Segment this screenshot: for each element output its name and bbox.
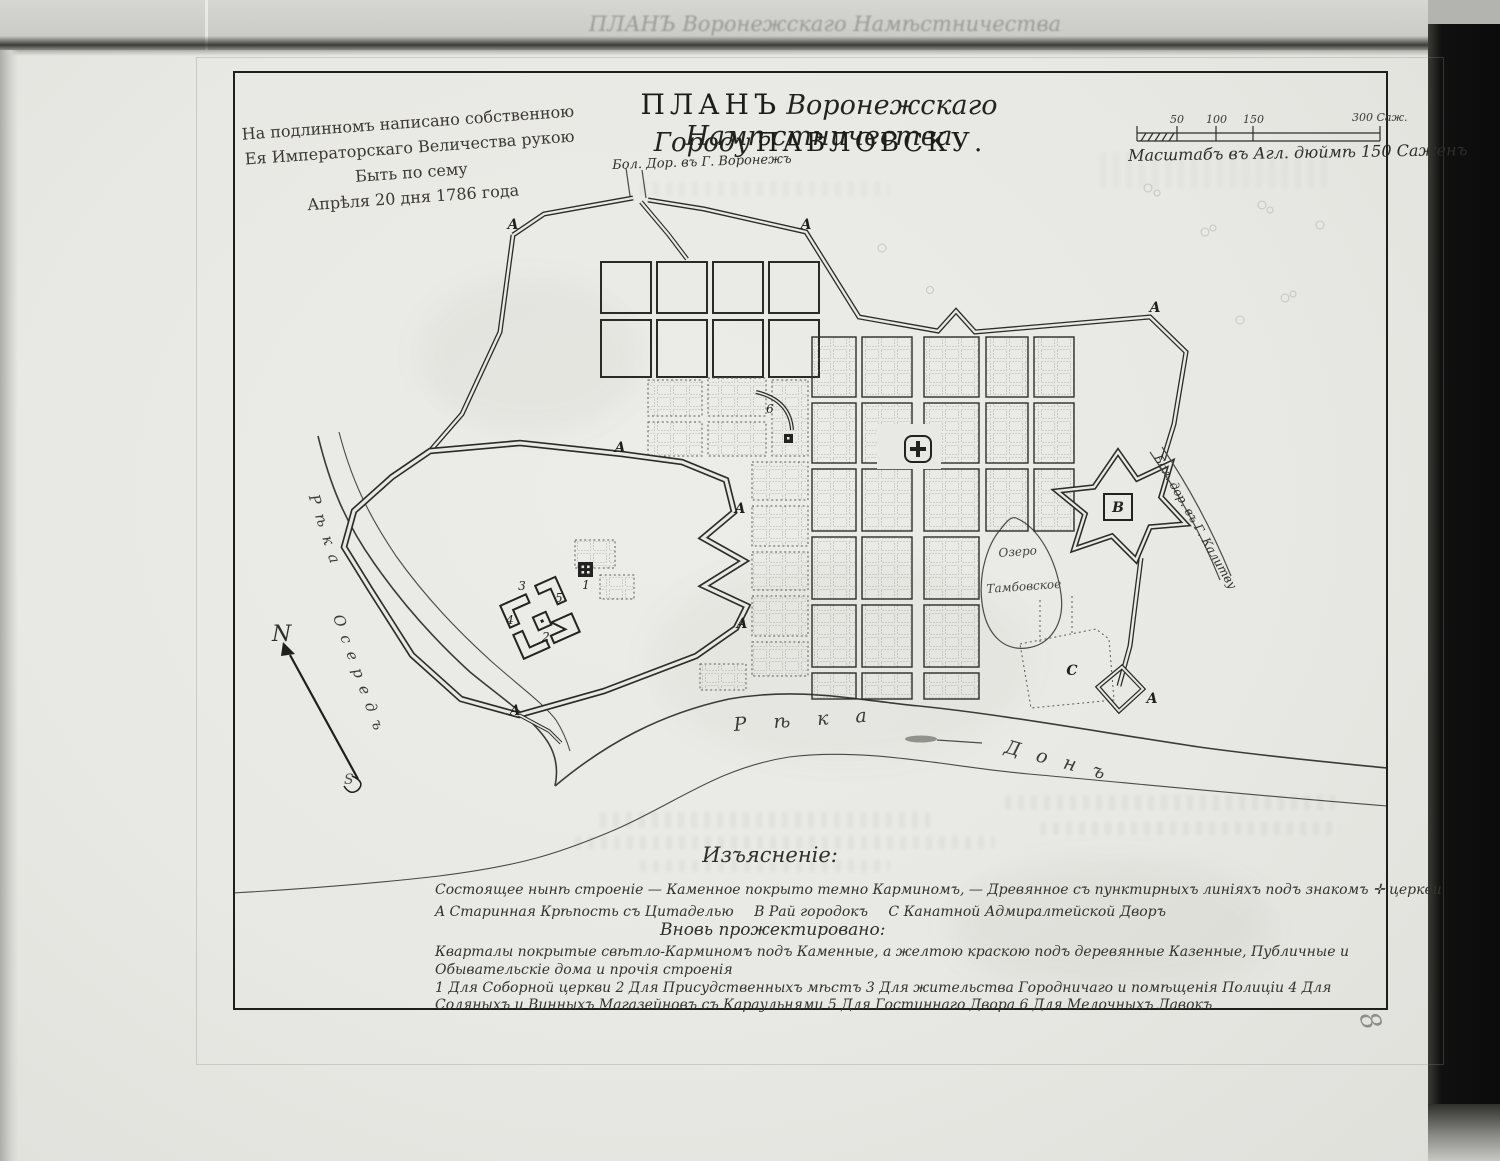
legend-line4: Обывательскіе дома и прочія строенія (435, 962, 733, 978)
marker-a: A (615, 440, 626, 456)
marker-4: 4 (506, 613, 514, 627)
marker-b: B (1112, 500, 1124, 516)
legend-item-c: C Канатной Адмиралтейской Дворъ (888, 904, 1166, 920)
legend-item-a: A Старинная Крѣпость съ Цитаделью (435, 904, 734, 920)
legend-heading2: Вновь прожектировано: (660, 920, 860, 940)
legend-line1: Состоящее нынѣ строеніе — Каменное покры… (435, 882, 1442, 898)
marker-2: 2 (542, 630, 550, 644)
marker-a: A (1147, 691, 1158, 707)
marker-c: C (1066, 663, 1077, 679)
scale-tick-100: 100 (1206, 113, 1227, 126)
scale-tick-50: 50 (1170, 113, 1184, 126)
compass-south-label: S (344, 772, 354, 788)
scanned-map-page: { "page": { "bleed_title": "ПЛАНЪ Вороне… (0, 0, 1500, 1161)
legend-line3: Кварталы покрытые свѣтло-Карминомъ подъ … (435, 944, 1349, 960)
marker-1: 1 (582, 578, 590, 592)
map-border-frame (233, 71, 1388, 1010)
marker-a: A (510, 703, 521, 719)
scale-tick-150: 150 (1243, 113, 1264, 126)
legend-line5: 1 Для Соборной церкви 2 Для Присудственн… (435, 980, 1331, 996)
marker-a: A (737, 616, 748, 632)
marker-a: A (508, 217, 519, 233)
compass-north-label: N (272, 622, 291, 647)
marker-a: A (1150, 300, 1161, 316)
marker-5: 5 (555, 591, 563, 605)
legend-line6: Соляныхъ и Винныхъ Магазейновъ съ Караул… (435, 997, 1212, 1013)
marker-3: 3 (518, 579, 526, 593)
marker-a: A (801, 217, 812, 233)
map-title-line2: Городу ПАВЛОВСКУ. (570, 128, 1070, 158)
title-word-plan: ПЛАНЪ (640, 88, 781, 121)
marker-6: 6 (766, 402, 774, 416)
legend-item-b: B Рай городокъ (754, 904, 868, 920)
legend-line2: A Старинная Крѣпость съ Цитаделью B Рай … (435, 904, 1182, 920)
marker-a: A (735, 501, 746, 517)
legend-heading: Изъясненіе: (670, 843, 870, 867)
lake-label-ozero: Озеро (998, 543, 1037, 560)
scale-tick-300: 300 Саж. (1352, 111, 1407, 124)
